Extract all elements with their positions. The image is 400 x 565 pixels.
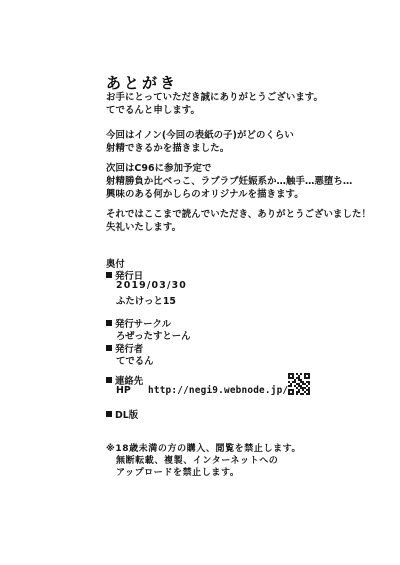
bullet-square-icon [106,345,112,351]
afterword-line: 失礼いたします。 [106,222,181,234]
publish-date-value: 2019/03/30 [116,280,187,291]
dl-edition-label-text: DL版 [115,407,138,421]
afterword-line: それではここまで読んでいただき、ありがとうございました！ [106,209,371,221]
afterword-line: 次回はC96に参加予定で [106,163,212,175]
afterword-line: 興味のある何かしらのオリジナルを描きます。 [106,189,304,201]
circle-value: ろぜったすとーん [116,328,191,342]
publisher-value: てでるん [116,353,154,367]
bullet-square-icon [106,377,112,383]
qr-code-icon [288,373,310,395]
page-title: あとがき [106,72,178,93]
afterword-line: 射精できるかを描きました。 [106,143,229,155]
afterword-line: お手にとっていただき誠にありがとうございます。 [106,92,323,104]
hp-label: HP [116,385,131,396]
bullet-square-icon [106,272,112,278]
bullet-square-icon [106,320,112,326]
dl-edition-label: DL版 [106,407,138,421]
bullet-square-icon [106,411,112,417]
afterword-line: てでるんと申します。 [106,105,200,117]
afterword-line: 今回はイノン(今回の表紙の子)がどのくらい [106,130,294,142]
publish-event: ふたけっと15 [116,293,176,307]
afterword-page: あとがき お手にとっていただき誠にありがとうございます。 てでるんと申します。 … [0,0,400,565]
copyright-notice-line: アップロードを禁止します。 [116,465,239,478]
homepage-url[interactable]: http://negi9.webnode.jp/ [148,385,288,396]
afterword-line: 射精勝負か比べっこ、ラブラブ妊娠系か…触手…悪堕ち… [106,176,352,188]
